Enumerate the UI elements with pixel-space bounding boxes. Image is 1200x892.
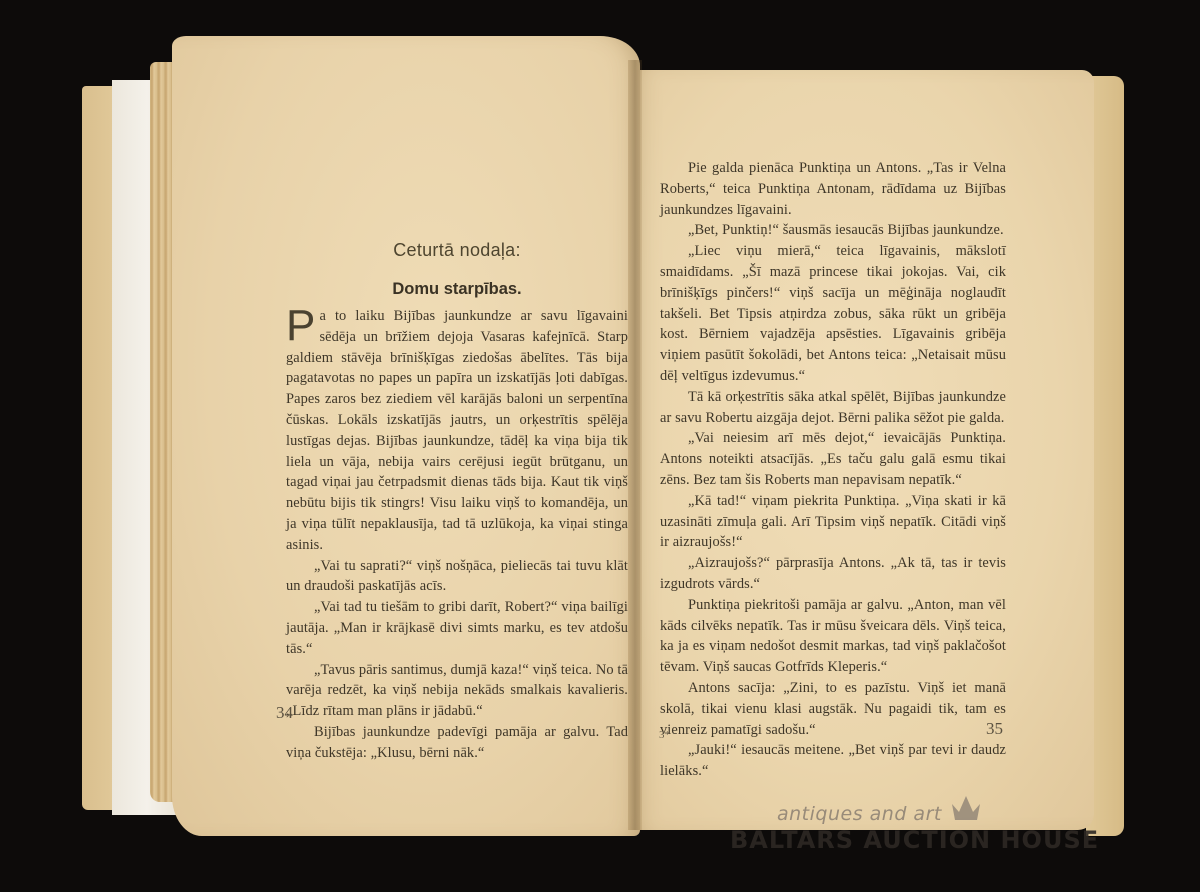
paragraph: „Bet, Punktiņ!“ šausmās iesaucās Bijības…	[660, 220, 1006, 241]
paragraph: „Liec viņu mierā,“ teica līgavainis, māk…	[660, 241, 1006, 387]
paragraph: „Vai neiesim arī mēs dejot,“ ievaicājās …	[660, 428, 1006, 490]
paragraph: Pa to laiku Bijības jaunkundze ar savu l…	[286, 306, 628, 556]
book-gutter	[628, 60, 642, 830]
paragraph: Tā kā orķestrītis sāka atkal spēlēt, Bij…	[660, 387, 1006, 429]
paragraph: „Vai tu saprati?“ viņš nošņāca, pieliecā…	[286, 556, 628, 598]
right-page-body: Pie galda pienāca Punktiņa un Antons. „T…	[660, 158, 1006, 782]
chapter-title: Domu starpības.	[286, 280, 628, 299]
paragraph: „Aizraujošs?“ pārprasīja Antons. „Ak tā,…	[660, 553, 1006, 595]
paragraph: „Tavus pāris santimus, dumjā kaza!“ viņš…	[286, 660, 628, 722]
watermark-tagline: antiques and art	[777, 803, 942, 825]
paragraph: Pie galda pienāca Punktiņa un Antons. „T…	[660, 158, 1006, 220]
paragraph: Bijības jaunkundze padevīgi pamāja ar ga…	[286, 722, 628, 764]
paragraph: „Kā tad!“ viņam piekrita Punktiņa. „Viņa…	[660, 491, 1006, 553]
signature-mark: 3*	[659, 729, 670, 741]
crown-icon	[950, 794, 982, 824]
paragraph: „Jauki!“ iesaucās meitene. „Bet viņš par…	[660, 740, 1006, 782]
watermark-house-name: BALTARS AUCTION HOUSE	[730, 826, 1099, 854]
left-page-body: Pa to laiku Bijības jaunkundze ar savu l…	[286, 306, 628, 764]
paragraph: Antons sacīja: „Zini, to es pazīstu. Viņ…	[660, 678, 1006, 740]
page-number-right: 35	[986, 719, 1003, 739]
paragraph: Punktiņa piekritoši pamāja ar galvu. „An…	[660, 595, 1006, 678]
drop-cap: P	[286, 308, 315, 344]
page-number-left: 34	[276, 703, 293, 723]
paragraph: „Vai tad tu tiešām to gribi darīt, Rober…	[286, 597, 628, 659]
chapter-label: Ceturtā nodaļa:	[286, 240, 628, 261]
